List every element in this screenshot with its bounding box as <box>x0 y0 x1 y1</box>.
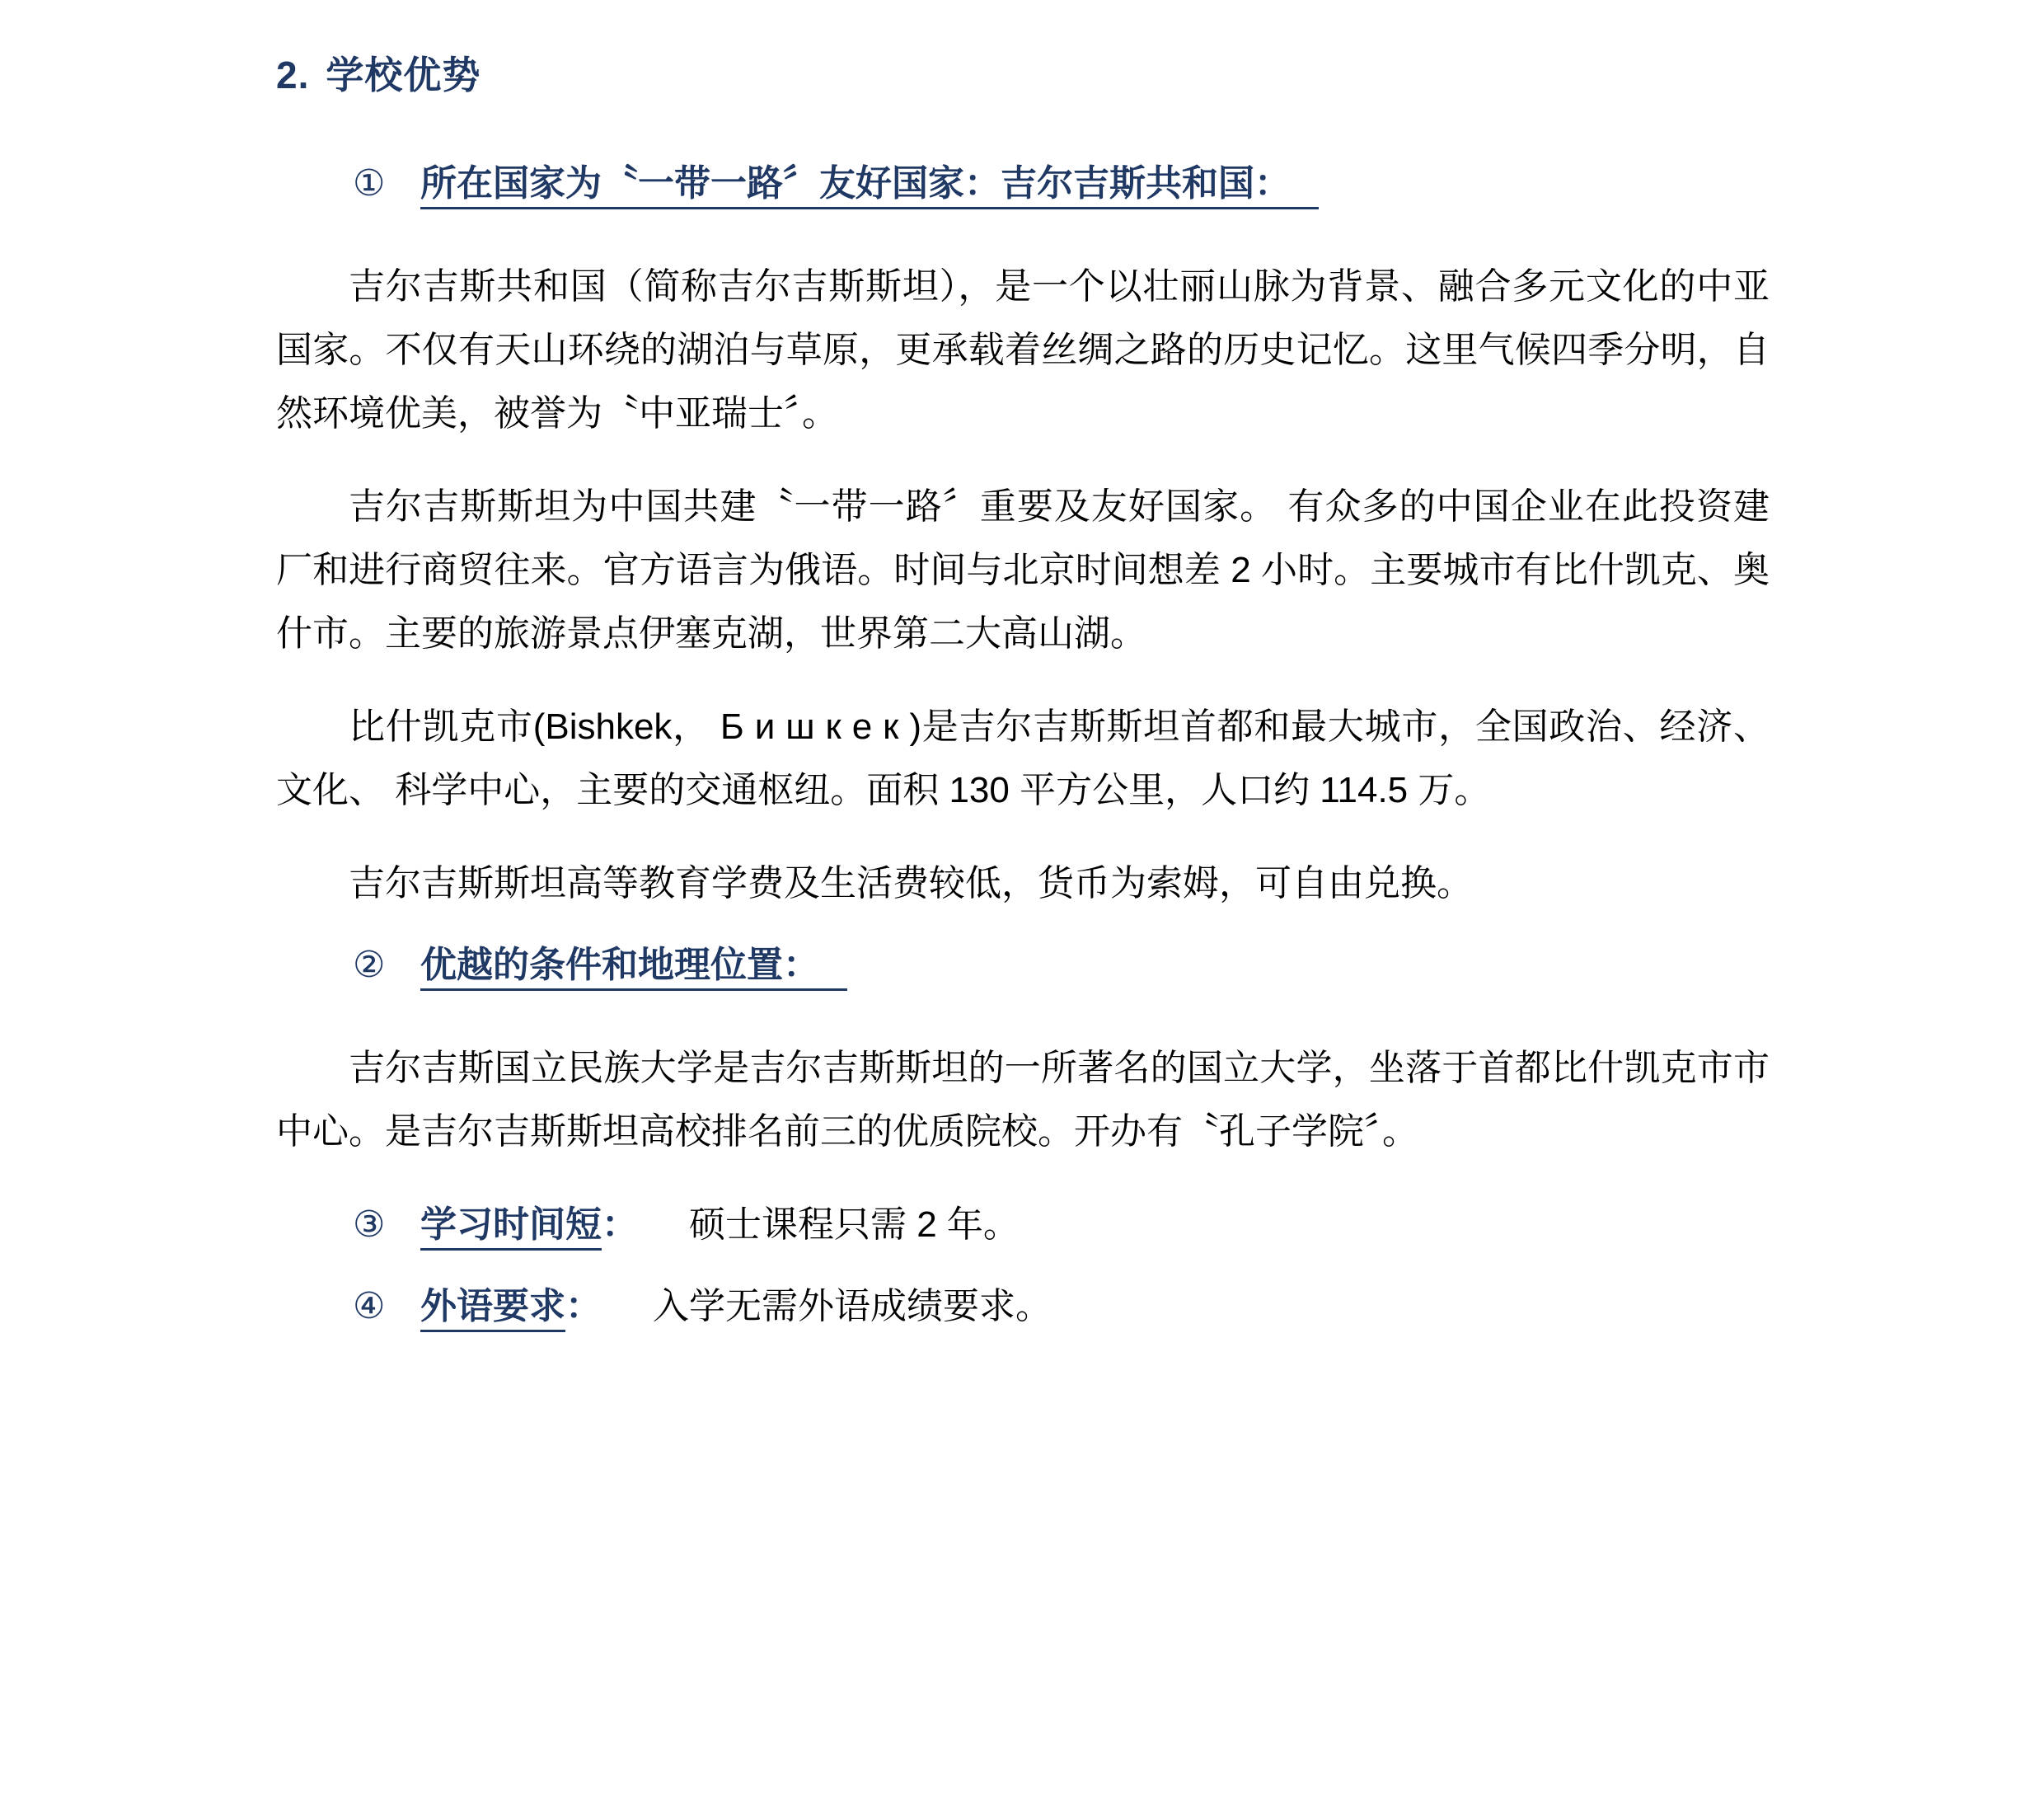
list-item-1: ①所在国家为〝一带一路〞友好国家：吉尔吉斯共和国： <box>276 158 1770 209</box>
paragraph-belt-road: 吉尔吉斯斯坦为中国共建〝一带一路〞重要及友好国家。 有众多的中国企业在此投资建厂… <box>276 475 1770 665</box>
item-2-heading: 优越的条件和地理位置： <box>420 945 847 991</box>
item-4-heading: 外语要求 <box>420 1286 565 1332</box>
document-page: 2.学校优势 ①所在国家为〝一带一路〞友好国家：吉尔吉斯共和国： 吉尔吉斯共和国… <box>0 0 2044 1807</box>
circled-number-2: ② <box>353 940 420 991</box>
list-item-2: ②优越的条件和地理位置： <box>276 940 1770 991</box>
paragraph-country-intro: 吉尔吉斯共和国（简称吉尔吉斯斯坦），是一个以壮丽山脉为背景、融合多元文化的中亚国… <box>276 255 1770 445</box>
list-item-4: ④外语要求：入学无需外语成绩要求。 <box>276 1274 1770 1338</box>
circled-number-3: ③ <box>353 1193 420 1256</box>
section-title-text: 学校优势 <box>326 54 481 96</box>
paragraph-university: 吉尔吉斯国立民族大学是吉尔吉斯斯坦的一所著名的国立大学，坐落于首都比什凯克市市中… <box>276 1036 1770 1163</box>
item-3-colon: ： <box>602 1204 638 1245</box>
list-item-3: ③学习时间短：硕士课程只需 2 年。 <box>276 1193 1770 1256</box>
section-title: 2.学校优势 <box>276 51 1770 99</box>
item-3-heading: 学习时间短 <box>420 1204 602 1251</box>
item-4-colon: ： <box>565 1286 602 1326</box>
item-4-text: 入学无需外语成绩要求。 <box>653 1286 1052 1326</box>
section-number: 2. <box>276 54 309 96</box>
item-3-text: 硕士课程只需 2 年。 <box>689 1204 1020 1245</box>
paragraph-bishkek: 比什凯克市(Bishkek， Б и ш к е к )是吉尔吉斯斯坦首都和最大… <box>276 695 1770 822</box>
item-1-heading: 所在国家为〝一带一路〞友好国家：吉尔吉斯共和国： <box>420 163 1319 209</box>
circled-number-4: ④ <box>353 1274 420 1338</box>
document-content: 2.学校优势 ①所在国家为〝一带一路〞友好国家：吉尔吉斯共和国： 吉尔吉斯共和国… <box>276 51 1770 1356</box>
circled-number-1: ① <box>353 158 420 209</box>
paragraph-tuition: 吉尔吉斯斯坦高等教育学费及生活费较低，货币为索姆，可自由兑换。 <box>276 852 1770 915</box>
